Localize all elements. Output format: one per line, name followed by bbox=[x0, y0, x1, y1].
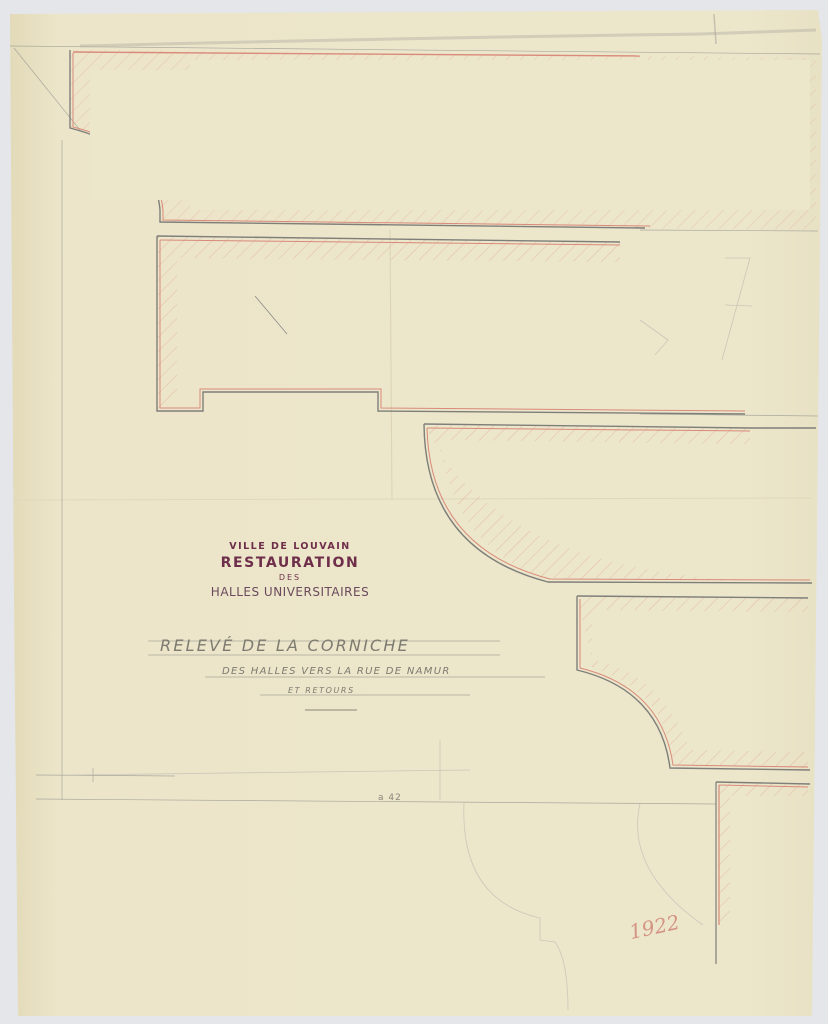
stamp-des: DES bbox=[190, 572, 390, 584]
upper-cornice-profile bbox=[70, 50, 816, 230]
municipal-stamp: VILLE DE LOUVAIN RESTAURATION DES HALLES… bbox=[190, 540, 390, 600]
stamp-city: VILLE DE LOUVAIN bbox=[190, 540, 390, 554]
stamp-title: RESTAURATION bbox=[190, 554, 390, 572]
drawing-canvas bbox=[0, 0, 828, 1024]
scale-note: a 42 bbox=[378, 793, 402, 803]
stamp-subject: HALLES UNIVERSITAIRES bbox=[190, 584, 390, 600]
drawing-sheet: VILLE DE LOUVAIN RESTAURATION DES HALLES… bbox=[0, 0, 828, 1024]
